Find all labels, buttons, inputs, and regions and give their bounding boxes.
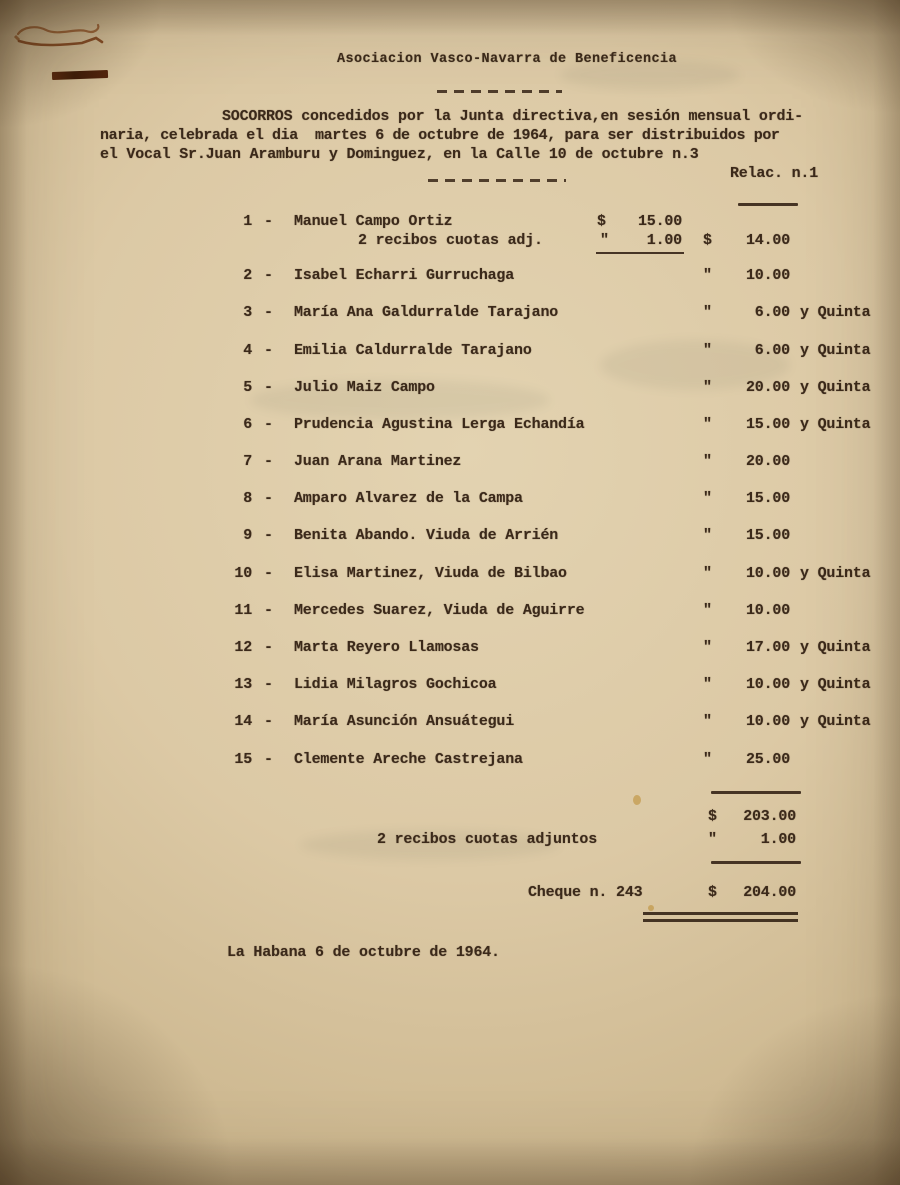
amount-value: 10.00	[716, 267, 790, 284]
amount-suffix: y Quinta	[800, 639, 870, 656]
entry-name: María Ana Galdurralde Tarajano	[294, 304, 558, 321]
cheque-label: Cheque n. 243	[528, 884, 642, 901]
entry-name: Prudencia Agustina Lerga Echandía	[294, 416, 584, 433]
amount-value: 10.00	[716, 713, 790, 730]
amount-value: 10.00	[716, 565, 790, 582]
entry-number: 15	[220, 751, 252, 768]
ink-bar-mark	[52, 70, 108, 80]
grand-total-rule	[643, 912, 798, 922]
table-row: 9 - Benita Abando. Viuda de Arrién " 15.…	[0, 527, 900, 547]
amount-suffix: y Quinta	[800, 304, 870, 321]
subtotal-row: $ 203.00	[0, 808, 900, 828]
entry-name: Clemente Areche Castrejana	[294, 751, 523, 768]
entry-number: 8	[220, 490, 252, 507]
amount-value: 15.00	[716, 416, 790, 433]
entry-name: Lidia Milagros Gochicoa	[294, 676, 496, 693]
entry-separator: -	[264, 490, 273, 507]
entry-separator: -	[264, 416, 273, 433]
amount-value: 15.00	[716, 490, 790, 507]
table-row: 14 - María Asunción Ansuátegui " 10.00 y…	[0, 713, 900, 733]
amount-currency: "	[703, 751, 712, 768]
amount-currency: "	[703, 453, 712, 470]
rust-stain	[10, 18, 120, 60]
adjunto-currency: "	[708, 831, 717, 848]
entry-separator: -	[264, 267, 273, 284]
entry-number: 7	[220, 453, 252, 470]
entry-name: Amparo Alvarez de la Campa	[294, 490, 523, 507]
entry-number: 11	[220, 602, 252, 619]
entry-number: 2	[220, 267, 252, 284]
table-row: 7 - Juan Arana Martinez " 20.00	[0, 453, 900, 473]
entry-name: Manuel Campo Ortiz	[294, 213, 452, 230]
entry-name: Julio Maiz Campo	[294, 379, 435, 396]
subtotal-amount: 203.00	[718, 808, 796, 825]
amount-currency: "	[703, 342, 712, 359]
amount-currency: "	[703, 379, 712, 396]
gross-amount: 15.00	[608, 213, 682, 230]
entry-separator: -	[264, 639, 273, 656]
entry-separator: -	[264, 713, 273, 730]
page-title: Asociacion Vasco-Navarra de Beneficencia	[337, 52, 677, 67]
entry-separator: -	[264, 304, 273, 321]
cheque-row: Cheque n. 243 $ 204.00	[0, 884, 900, 904]
table-row: 10 - Elisa Martinez, Viuda de Bilbao " 1…	[0, 565, 900, 585]
entry-number: 12	[220, 639, 252, 656]
table-row: 2 - Isabel Echarri Gurruchaga " 10.00	[0, 267, 900, 287]
entry-number: 13	[220, 676, 252, 693]
amount-suffix: y Quinta	[800, 416, 870, 433]
adjunto-amount: 1.00	[718, 831, 796, 848]
table-row: 4 - Emilia Caldurralde Tarajano " 6.00 y…	[0, 342, 900, 362]
deduction-underline	[596, 252, 684, 254]
amount-suffix: y Quinta	[800, 713, 870, 730]
intro-line: el Vocal Sr.Juan Aramburu y Dominguez, e…	[100, 146, 699, 163]
paper-fleck	[648, 905, 654, 911]
entry-separator: -	[264, 213, 273, 230]
table-row: 2 recibos cuotas adj. " 1.00 $ 14.00	[0, 232, 900, 252]
amount-suffix: y Quinta	[800, 342, 870, 359]
entry-name: Marta Reyero Llamosas	[294, 639, 479, 656]
amount-suffix: y Quinta	[800, 565, 870, 582]
gross-currency: $	[597, 213, 606, 230]
table-row: 12 - Marta Reyero Llamosas " 17.00 y Qui…	[0, 639, 900, 659]
entry-number: 4	[220, 342, 252, 359]
table-row: 5 - Julio Maiz Campo " 20.00 y Quinta	[0, 379, 900, 399]
amount-suffix: y Quinta	[800, 379, 870, 396]
title-divider	[437, 90, 562, 93]
entry-separator: -	[264, 676, 273, 693]
amount-suffix: y Quinta	[800, 676, 870, 693]
total-amount: 204.00	[718, 884, 796, 901]
entry-separator: -	[264, 453, 273, 470]
entry-name: Elisa Martinez, Viuda de Bilbao	[294, 565, 567, 582]
table-row: 13 - Lidia Milagros Gochicoa " 10.00 y Q…	[0, 676, 900, 696]
subtotal-rule	[711, 791, 801, 794]
amount-currency: "	[703, 639, 712, 656]
entry-name: Benita Abando. Viuda de Arrién	[294, 527, 558, 544]
entry-separator: -	[264, 342, 273, 359]
amount-value: 10.00	[716, 676, 790, 693]
entry-number: 14	[220, 713, 252, 730]
amount-currency: "	[703, 565, 712, 582]
table-row: 1 - Manuel Campo Ortiz $ 15.00	[0, 213, 900, 233]
total-rule	[711, 861, 801, 864]
amount-value: 25.00	[716, 751, 790, 768]
document-page: Asociacion Vasco-Navarra de Beneficencia…	[0, 0, 900, 1185]
amount-currency: "	[703, 713, 712, 730]
entry-name: Isabel Echarri Gurruchaga	[294, 267, 514, 284]
entry-number: 5	[220, 379, 252, 396]
net-currency: $	[703, 232, 712, 249]
entry-separator: -	[264, 527, 273, 544]
amount-currency: "	[703, 527, 712, 544]
amount-value: 20.00	[716, 379, 790, 396]
table-row: 8 - Amparo Alvarez de la Campa " 15.00	[0, 490, 900, 510]
entry-number: 3	[220, 304, 252, 321]
relacion-underline	[738, 203, 798, 206]
adjunto-label: 2 recibos cuotas adjuntos	[377, 831, 597, 848]
table-row: 15 - Clemente Areche Castrejana " 25.00	[0, 751, 900, 771]
amount-currency: "	[703, 490, 712, 507]
entry-separator: -	[264, 751, 273, 768]
subtotal-currency: $	[708, 808, 717, 825]
adjunto-row: 2 recibos cuotas adjuntos " 1.00	[0, 831, 900, 851]
relacion-label: Relac. n.1	[730, 165, 818, 182]
entry-number: 9	[220, 527, 252, 544]
entry-number: 1	[220, 213, 252, 230]
amount-currency: "	[703, 267, 712, 284]
table-row: 3 - María Ana Galdurralde Tarajano " 6.0…	[0, 304, 900, 324]
net-amount: 14.00	[716, 232, 790, 249]
footer-date: La Habana 6 de octubre de 1964.	[227, 944, 500, 961]
amount-value: 6.00	[716, 304, 790, 321]
entry-name: Emilia Caldurralde Tarajano	[294, 342, 532, 359]
entry-separator: -	[264, 565, 273, 582]
entry-number: 10	[220, 565, 252, 582]
intro-line: naria, celebrada el dia martes 6 de octu…	[100, 127, 780, 144]
table-row: 6 - Prudencia Agustina Lerga Echandía " …	[0, 416, 900, 436]
table-row: 11 - Mercedes Suarez, Viuda de Aguirre "…	[0, 602, 900, 622]
entry-separator: -	[264, 602, 273, 619]
amount-value: 15.00	[716, 527, 790, 544]
amount-value: 20.00	[716, 453, 790, 470]
total-currency: $	[708, 884, 717, 901]
amount-value: 17.00	[716, 639, 790, 656]
deduction-label: 2 recibos cuotas adj.	[358, 232, 543, 249]
amount-currency: "	[703, 304, 712, 321]
amount-value: 10.00	[716, 602, 790, 619]
amount-currency: "	[703, 416, 712, 433]
amount-currency: "	[703, 602, 712, 619]
entry-name: Juan Arana Martinez	[294, 453, 461, 470]
intro-line: SOCORROS concedidos por la Junta directi…	[222, 108, 803, 125]
entry-number: 6	[220, 416, 252, 433]
amount-currency: "	[703, 676, 712, 693]
entry-separator: -	[264, 379, 273, 396]
entry-name: María Asunción Ansuátegui	[294, 713, 514, 730]
section-divider	[428, 179, 566, 182]
deduction-amount: 1.00	[608, 232, 682, 249]
paper-fleck	[633, 795, 641, 805]
entry-name: Mercedes Suarez, Viuda de Aguirre	[294, 602, 584, 619]
amount-value: 6.00	[716, 342, 790, 359]
